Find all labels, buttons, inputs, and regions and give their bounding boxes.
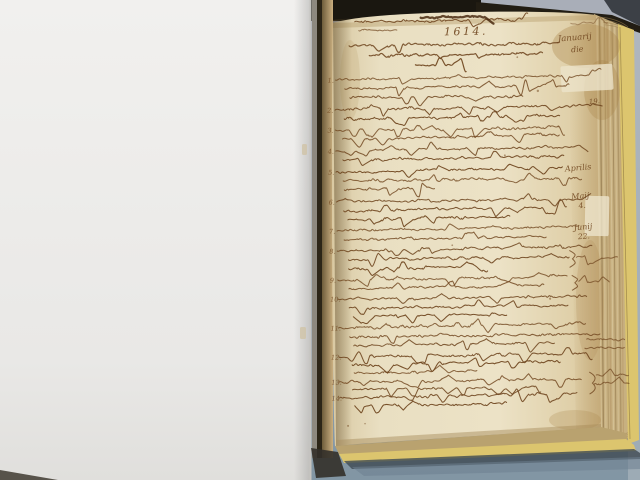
- entry-number: 7.: [329, 228, 335, 236]
- entry-number: 5.: [328, 169, 334, 177]
- page-tab-mark: [300, 327, 306, 339]
- marginal-note: 4.: [577, 201, 586, 211]
- page-stain: [576, 240, 604, 360]
- year-heading: 1614.: [444, 25, 488, 39]
- entry-number: 3.: [327, 127, 333, 135]
- entry-number: 14.: [332, 394, 342, 402]
- entry-number: 8.: [329, 248, 335, 256]
- scan-canvas: 1614.1.2.3.4.5.6.7.8.9.10.11.12.13.14.Ja…: [0, 0, 640, 480]
- marginal-note: die: [571, 44, 584, 54]
- page-stain: [552, 24, 620, 68]
- page-tab-mark: [302, 144, 307, 155]
- left-page-gutter-shading: [294, 0, 311, 480]
- entry-number: 6.: [329, 199, 335, 207]
- entry-number: 11.: [330, 324, 340, 332]
- entry-number: 13.: [331, 378, 341, 386]
- left-blank-page: [0, 0, 311, 480]
- entry-number: 9.: [330, 277, 336, 285]
- marginal-note: Junij: [571, 222, 593, 233]
- marginal-note: Maij: [570, 191, 590, 202]
- entry-number: 4.: [327, 148, 334, 156]
- entry-number: 2.: [326, 107, 333, 115]
- entry-number: 1.: [328, 77, 334, 85]
- scanned-book-photo: 1614.1.2.3.4.5.6.7.8.9.10.11.12.13.14.Ja…: [0, 0, 640, 480]
- left-page-edge-line: [310, 0, 312, 480]
- marginal-note: 19.: [589, 97, 601, 106]
- page-stain: [549, 410, 601, 430]
- marginal-note: 22.: [577, 231, 591, 241]
